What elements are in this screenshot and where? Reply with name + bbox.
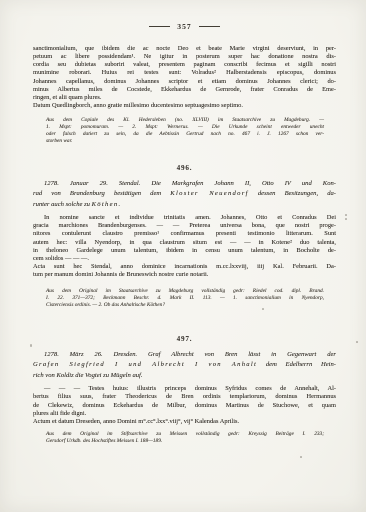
entry-497-number: 497. [33,335,336,344]
text-segment: runter auch solche zu [33,201,92,208]
text-line: Datum Quedlingborch, anno gratie millesi… [33,102,336,110]
text-line: autem hec: villa Nyendorp, in qua claust… [33,239,336,247]
emphasized-name: Grafen Siegfried I und Albrecht I von An… [33,361,257,368]
text-line: 1278. Januar 29. Stendal. Die Markgrafen… [33,179,336,189]
entry-496-footnote: Aus dem Original im Staatsarchive zu Mag… [46,288,324,309]
scan-speck [262,308,264,310]
text-segment: dem Edelherrn Hein- [257,361,336,368]
text-line: Cisterciensis ordinis. — 2. Ob das Anhal… [46,302,324,309]
text-line: de Clekewiz, dominus Eckehardus de Milbu… [33,402,336,410]
charter-continuation-datum-line: Datum Quedlingborch, anno gratie millesi… [33,102,336,110]
text-line: munimine roborari. Huius rei testes sunt… [33,69,336,77]
scan-speck [345,218,347,220]
text-segment: rich von Koldiz die Vogtei zu Mügeln auf… [33,372,143,379]
emphasized-name: Köthen [92,201,119,208]
text-line: oder falsch datiert zu sein, da die Aebt… [46,131,324,138]
page-header: 357 [33,22,336,31]
header-rule-left [149,26,170,27]
entry-497-dating-clause: Actum et datum Dreseden, anno Domini m°.… [33,418,336,426]
entry-497-regest: 1278. März 26. Dresden. Graf Albrecht vo… [33,350,336,381]
text-line: rad von Brandenburg bestätigen dem Klost… [33,189,336,199]
text-line: nitores contulerunt claustro premisso¹ c… [33,230,336,238]
scan-speck [345,214,347,216]
entry-496-charter-text: In nomine sancte et individue trinitatis… [33,214,336,263]
text-segment: dessen Besitzungen, da- [249,190,336,197]
text-line: sanctimonialium, que ibidem die ac nocte… [33,45,336,53]
text-line: tum per manum domini Johannis de Brunesw… [33,271,336,279]
header-rule-right [199,26,220,27]
text-line: bertus filius suus, frater Theodericus d… [33,393,336,401]
text-line: cem solidos — — —. [33,255,336,263]
text-line: Johannes capellanus, dominus Johannes sc… [33,78,336,86]
text-line: in theloneo Gardelege unum talentum, ibi… [33,247,336,255]
text-line: Grafen Siegfried I und Albrecht I von An… [33,360,336,370]
text-segment: 1278. Januar 29. Stendal. Die Markgrafen… [44,180,336,187]
entry-496-regest: 1278. Januar 29. Stendal. Die Markgrafen… [33,179,336,210]
entry-497-footnote: Aus dem Original im Stiftsarchive zu Mei… [46,431,324,445]
text-line: Aus dem Original im Stiftsarchive zu Mei… [46,431,324,438]
text-line: 1278. März 26. Dresden. Graf Albrecht vo… [33,350,336,360]
entry-496-dating-clause: Acta sunt hec Stendal, anno dominice inc… [33,263,336,279]
text-segment: rad von Brandenburg bestätigen dem [33,190,170,197]
emphasized-name: Kloster Neuendorf [170,190,248,197]
text-segment: 1278. März 26. Dresden. Graf Albrecht vo… [44,351,336,358]
scanned-book-page: 357 sanctimonialium, que ibidem die ac n… [0,0,366,512]
charter-continuation-footnote: Aus dem Copiale des Kl. Hedersleben (no.… [46,117,324,145]
text-line: In nomine sancte et individue trinitatis… [33,214,336,222]
text-column: 357 sanctimonialium, que ibidem die ac n… [33,22,336,445]
text-line: Actum et datum Dreseden, anno Domini m°.… [33,418,336,426]
scan-speck [356,341,358,343]
text-line: storben war. [46,138,324,145]
text-segment: . [118,201,120,208]
text-line: runter auch solche zu Köthen. [33,200,336,210]
text-line: minus Albertus miles de Cocstede, Ekkeha… [33,86,336,94]
entry-496-number: 496. [33,164,336,173]
scan-speck [300,456,302,458]
text-line: Acta sunt hec Stendal, anno dominice inc… [33,263,336,271]
text-line: rich von Koldiz die Vogtei zu Mügeln auf… [33,371,336,381]
text-line: ringen, et alii quam plures. [33,94,336,102]
charter-continuation-text: sanctimonialium, que ibidem die ac nocte… [33,45,336,102]
text-line: plures alii fide digni. [33,410,336,418]
entry-497-charter-text: — — — Testes huius: illustris princeps d… [33,385,336,418]
page-number: 357 [177,22,191,31]
text-line: Gersdorf Urkdb. des Hochstiftes Meissen … [46,438,324,445]
scan-speck [30,344,32,347]
